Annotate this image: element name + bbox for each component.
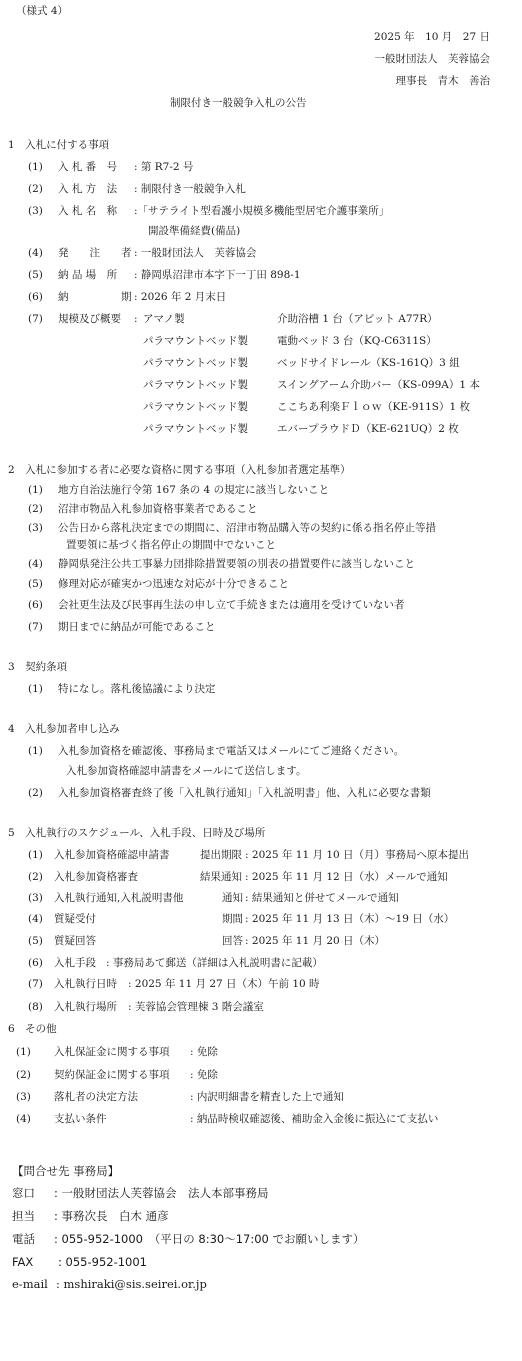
s1-item-label: 納 期 (58, 290, 132, 304)
s5-item-label: 質疑受付 (54, 912, 96, 926)
s1-item-num: (6) (28, 290, 43, 304)
s5-item-sublabel: 結果通知 (200, 870, 242, 884)
equipment-item: 介助浴槽 1 台（アビット A77R） (277, 312, 438, 326)
section-2-heading: 2 入札に参加する者に必要な資格に関する事項（入札参加者選定基準） (8, 463, 351, 477)
issuer-organization: 一般財団法人 芙蓉協会 (375, 52, 491, 66)
bid-name: 「サテライト型看護小規模多機能型居宅介護事業所」 (138, 205, 390, 217)
s5-item-num: (1) (28, 848, 43, 862)
s2-item-text: 地方自治法施行令第 167 条の 4 の規定に該当しないこと (58, 483, 329, 497)
s6-item-value: : 内訳明細書を精査した上で通知 (190, 1090, 344, 1104)
contact-value: : 一般財団法人芙蓉協会 法人本部事務局 (54, 1185, 269, 1201)
s6-item-label: 支払い条件 (54, 1112, 107, 1126)
contact-label: 窓口 (12, 1185, 35, 1201)
s4-item-num: (1) (28, 744, 43, 758)
contact-email[interactable]: : mshiraki@sis.seirei.or.jp (56, 1276, 207, 1292)
orderer: 一般財団法人 芙蓉協会 (141, 247, 257, 259)
bid-name-continued: 開設準備経費(備品) (148, 224, 240, 238)
delivery-deadline: 2026 年 2 月末日 (141, 291, 226, 303)
s1-item-value: : 一般財団法人 芙蓉協会 (134, 246, 256, 260)
equipment-item: エバープラウドＤ（KE-621UQ）2 枚 (277, 422, 459, 436)
s2-item-text: 期日までに納品が可能であること (58, 620, 216, 634)
s5-item-value: : 芙蓉協会管理棟 3 階会議室 (128, 1000, 264, 1014)
s6-item-value: : 納品時検収確認後、補助金入金後に振込にて支払い (190, 1112, 438, 1126)
equipment-maker: パラマウントベッド製 (143, 400, 248, 414)
s6-item-value: : 免除 (190, 1045, 218, 1059)
section-3-heading: 3 契約条項 (8, 660, 67, 674)
contact-label: 担当 (12, 1208, 35, 1224)
s2-item-text: 公告日から落札決定までの期間に、沼津市物品購入等の契約に係る指名停止等措 (58, 521, 436, 535)
s5-item-sublabel: 回答 (222, 934, 243, 948)
equipment-maker: アマノ製 (143, 312, 185, 326)
s6-item-num: (3) (16, 1090, 31, 1104)
form-label: （様式 4） (16, 4, 68, 18)
s6-item-label: 契約保証金に関する事項 (54, 1068, 170, 1082)
s6-item-value: : 免除 (190, 1068, 218, 1082)
s5-item-value: : 2025 年 11 月 12 日（水）メールで通知 (245, 870, 448, 884)
s1-item-num: (7) (28, 312, 43, 326)
s5-item-num: (2) (28, 870, 43, 884)
s3-item-text: 特になし。落札後協議により決定 (58, 682, 216, 696)
delivery-location: 静岡県沼津市本字下一丁田 898-1 (141, 269, 301, 281)
s1-item-label: 入 札 番 号 (58, 160, 117, 174)
contact-heading: 【問合せ先 事務局】 (12, 1163, 119, 1179)
s5-item-value: : 事務局あて郵送（詳細は入札説明書に記載） (106, 956, 323, 970)
equipment-maker: パラマウントベッド製 (143, 356, 248, 370)
s3-item-num: (1) (28, 682, 43, 696)
s6-item-label: 落札者の決定方法 (54, 1090, 138, 1104)
s5-item-sublabel: 期間 (222, 912, 243, 926)
s5-item-num: (8) (28, 1000, 43, 1014)
s2-item-num: (3) (28, 521, 43, 535)
s5-item-num: (6) (28, 956, 43, 970)
s1-item-label: 規模及び概要 (58, 312, 121, 326)
s4-item-text-continued: 入札参加資格確認申請書をメールにて送信します。 (66, 764, 306, 778)
s1-item-value: : 第 R7-2 号 (134, 160, 193, 174)
s5-item-value: : 結果通知と併せてメールで通知 (245, 891, 399, 905)
s1-item-num: (2) (28, 182, 43, 196)
equipment-item: ここちあ利楽Ｆｌｏｗ（KE-911S）1 枚 (277, 400, 470, 414)
s5-item-label: 入札執行場所 (54, 1000, 117, 1014)
s4-item-text: 入札参加資格審査終了後「入札執行通知」「入札説明書」他、入札に必要な書類 (58, 786, 431, 800)
s5-item-num: (4) (28, 912, 43, 926)
issuer-representative: 理事長 青木 善治 (396, 74, 491, 88)
equipment-maker: パラマウントベッド製 (143, 334, 248, 348)
email-link[interactable]: mshiraki@sis.seirei.or.jp (64, 1277, 207, 1291)
s4-item-text: 入札参加資格を確認後、事務局まで電話又はメールにてご連絡ください。 (58, 744, 404, 758)
s1-item-num: (3) (28, 204, 43, 218)
s1-item-value: : 制限付き一般競争入札 (134, 182, 246, 196)
s2-item-num: (1) (28, 483, 43, 497)
page-title: 制限付き一般競争入札の公告 (170, 96, 307, 110)
s5-item-label: 入札執行日時 (54, 977, 117, 991)
s5-item-value: : 2025 年 11 月 10 日（月）事務局へ原本提出 (245, 848, 469, 862)
s1-item-num: (4) (28, 246, 43, 260)
equipment-maker: パラマウントベッド製 (143, 378, 248, 392)
section-1-heading: 1 入札に付する事項 (8, 138, 109, 152)
s6-item-num: (2) (16, 1068, 31, 1082)
s6-item-label: 入札保証金に関する事項 (54, 1045, 170, 1059)
s2-item-num: (5) (28, 577, 43, 591)
s2-item-num: (7) (28, 620, 43, 634)
s2-item-text: 修理対応が確実かつ迅速な対応が十分できること (58, 577, 289, 591)
equipment-item: 電動ベッド 3 台（KQ-C6311S） (277, 334, 437, 348)
s5-item-label: 入札参加資格審査 (54, 870, 138, 884)
contact-label: 電話 (12, 1231, 35, 1247)
s5-item-label: 入札手段 (54, 956, 96, 970)
s2-item-text: 会社更生法及び民事再生法の申し立て手続きまたは適用を受けていない者 (58, 598, 405, 612)
equipment-maker: パラマウントベッド製 (143, 422, 248, 436)
s1-item-label: 入 札 名 称 (58, 204, 117, 218)
s1-item-label: 入 札 方 法 (58, 182, 117, 196)
document-date: 2025 年 10 月 27 日 (374, 30, 490, 44)
s1-item-colon: : (134, 312, 138, 326)
contact-fax: : 055-952-1001 (58, 1254, 147, 1270)
contact-label: FAX (12, 1254, 33, 1270)
s1-item-label: 納 品 場 所 (58, 268, 117, 282)
s1-item-num: (5) (28, 268, 43, 282)
s1-item-num: (1) (28, 160, 43, 174)
section-4-heading: 4 入札参加者申し込み (8, 722, 120, 736)
s4-item-num: (2) (28, 786, 43, 800)
section-6-heading: 6 その他 (8, 1022, 57, 1036)
s5-item-sublabel: 提出期限 (200, 848, 242, 862)
s5-item-label: 入札参加資格確認申請書 (54, 848, 170, 862)
s5-item-sublabel: 通知 (222, 891, 243, 905)
s5-item-num: (7) (28, 977, 43, 991)
s2-item-num: (2) (28, 502, 43, 516)
contact-phone: : 055-952-1000 （平日の 8:30～17:00 でお願いします） (54, 1231, 365, 1247)
equipment-item: スイングアーム介助バー（KS-099A）1 本 (277, 378, 480, 392)
s5-item-label: 質疑回答 (54, 934, 96, 948)
s6-item-num: (1) (16, 1045, 31, 1059)
equipment-item: ベッドサイドレール（KS-161Q）3 組 (277, 356, 460, 370)
s2-item-num: (4) (28, 557, 43, 571)
s5-item-value: : 2025 年 11 月 13 日（木）～19 日（水） (245, 912, 454, 926)
s5-item-value: : 2025 年 11 月 20 日（木） (245, 934, 385, 948)
s2-item-num: (6) (28, 598, 43, 612)
s1-item-label: 発 注 者 (58, 246, 132, 260)
section-5-heading: 5 入札執行のスケジュール、入札手段、日時及び場所 (8, 826, 265, 840)
s2-item-text: 沼津市物品入札参加資格事業者であること (58, 502, 258, 516)
s1-item-value: :「サテライト型看護小規模多機能型居宅介護事業所」 (134, 204, 389, 218)
s2-item-text: 静岡県発注公共工事暴力団排除措置要領の別表の措置要件に該当しないこと (58, 557, 415, 571)
bid-number: 第 R7-2 号 (141, 161, 194, 173)
s6-item-num: (4) (16, 1112, 31, 1126)
s2-item-text-continued: 置要領に基づく指名停止の期間中でないこと (66, 538, 276, 552)
bid-method: 制限付き一般競争入札 (141, 183, 246, 195)
s5-item-value: : 2025 年 11 月 27 日（木）午前 10 時 (128, 977, 320, 991)
contact-value: : 事務次長 白木 通彦 (54, 1208, 169, 1224)
s5-item-num: (5) (28, 934, 43, 948)
s1-item-value: : 2026 年 2 月末日 (134, 290, 226, 304)
contact-label: e-mail (12, 1276, 48, 1292)
s1-item-value: : 静岡県沼津市本字下一丁田 898-1 (134, 268, 301, 282)
s5-item-label: 入札執行通知,入札説明書他 (54, 891, 183, 905)
s5-item-num: (3) (28, 891, 43, 905)
